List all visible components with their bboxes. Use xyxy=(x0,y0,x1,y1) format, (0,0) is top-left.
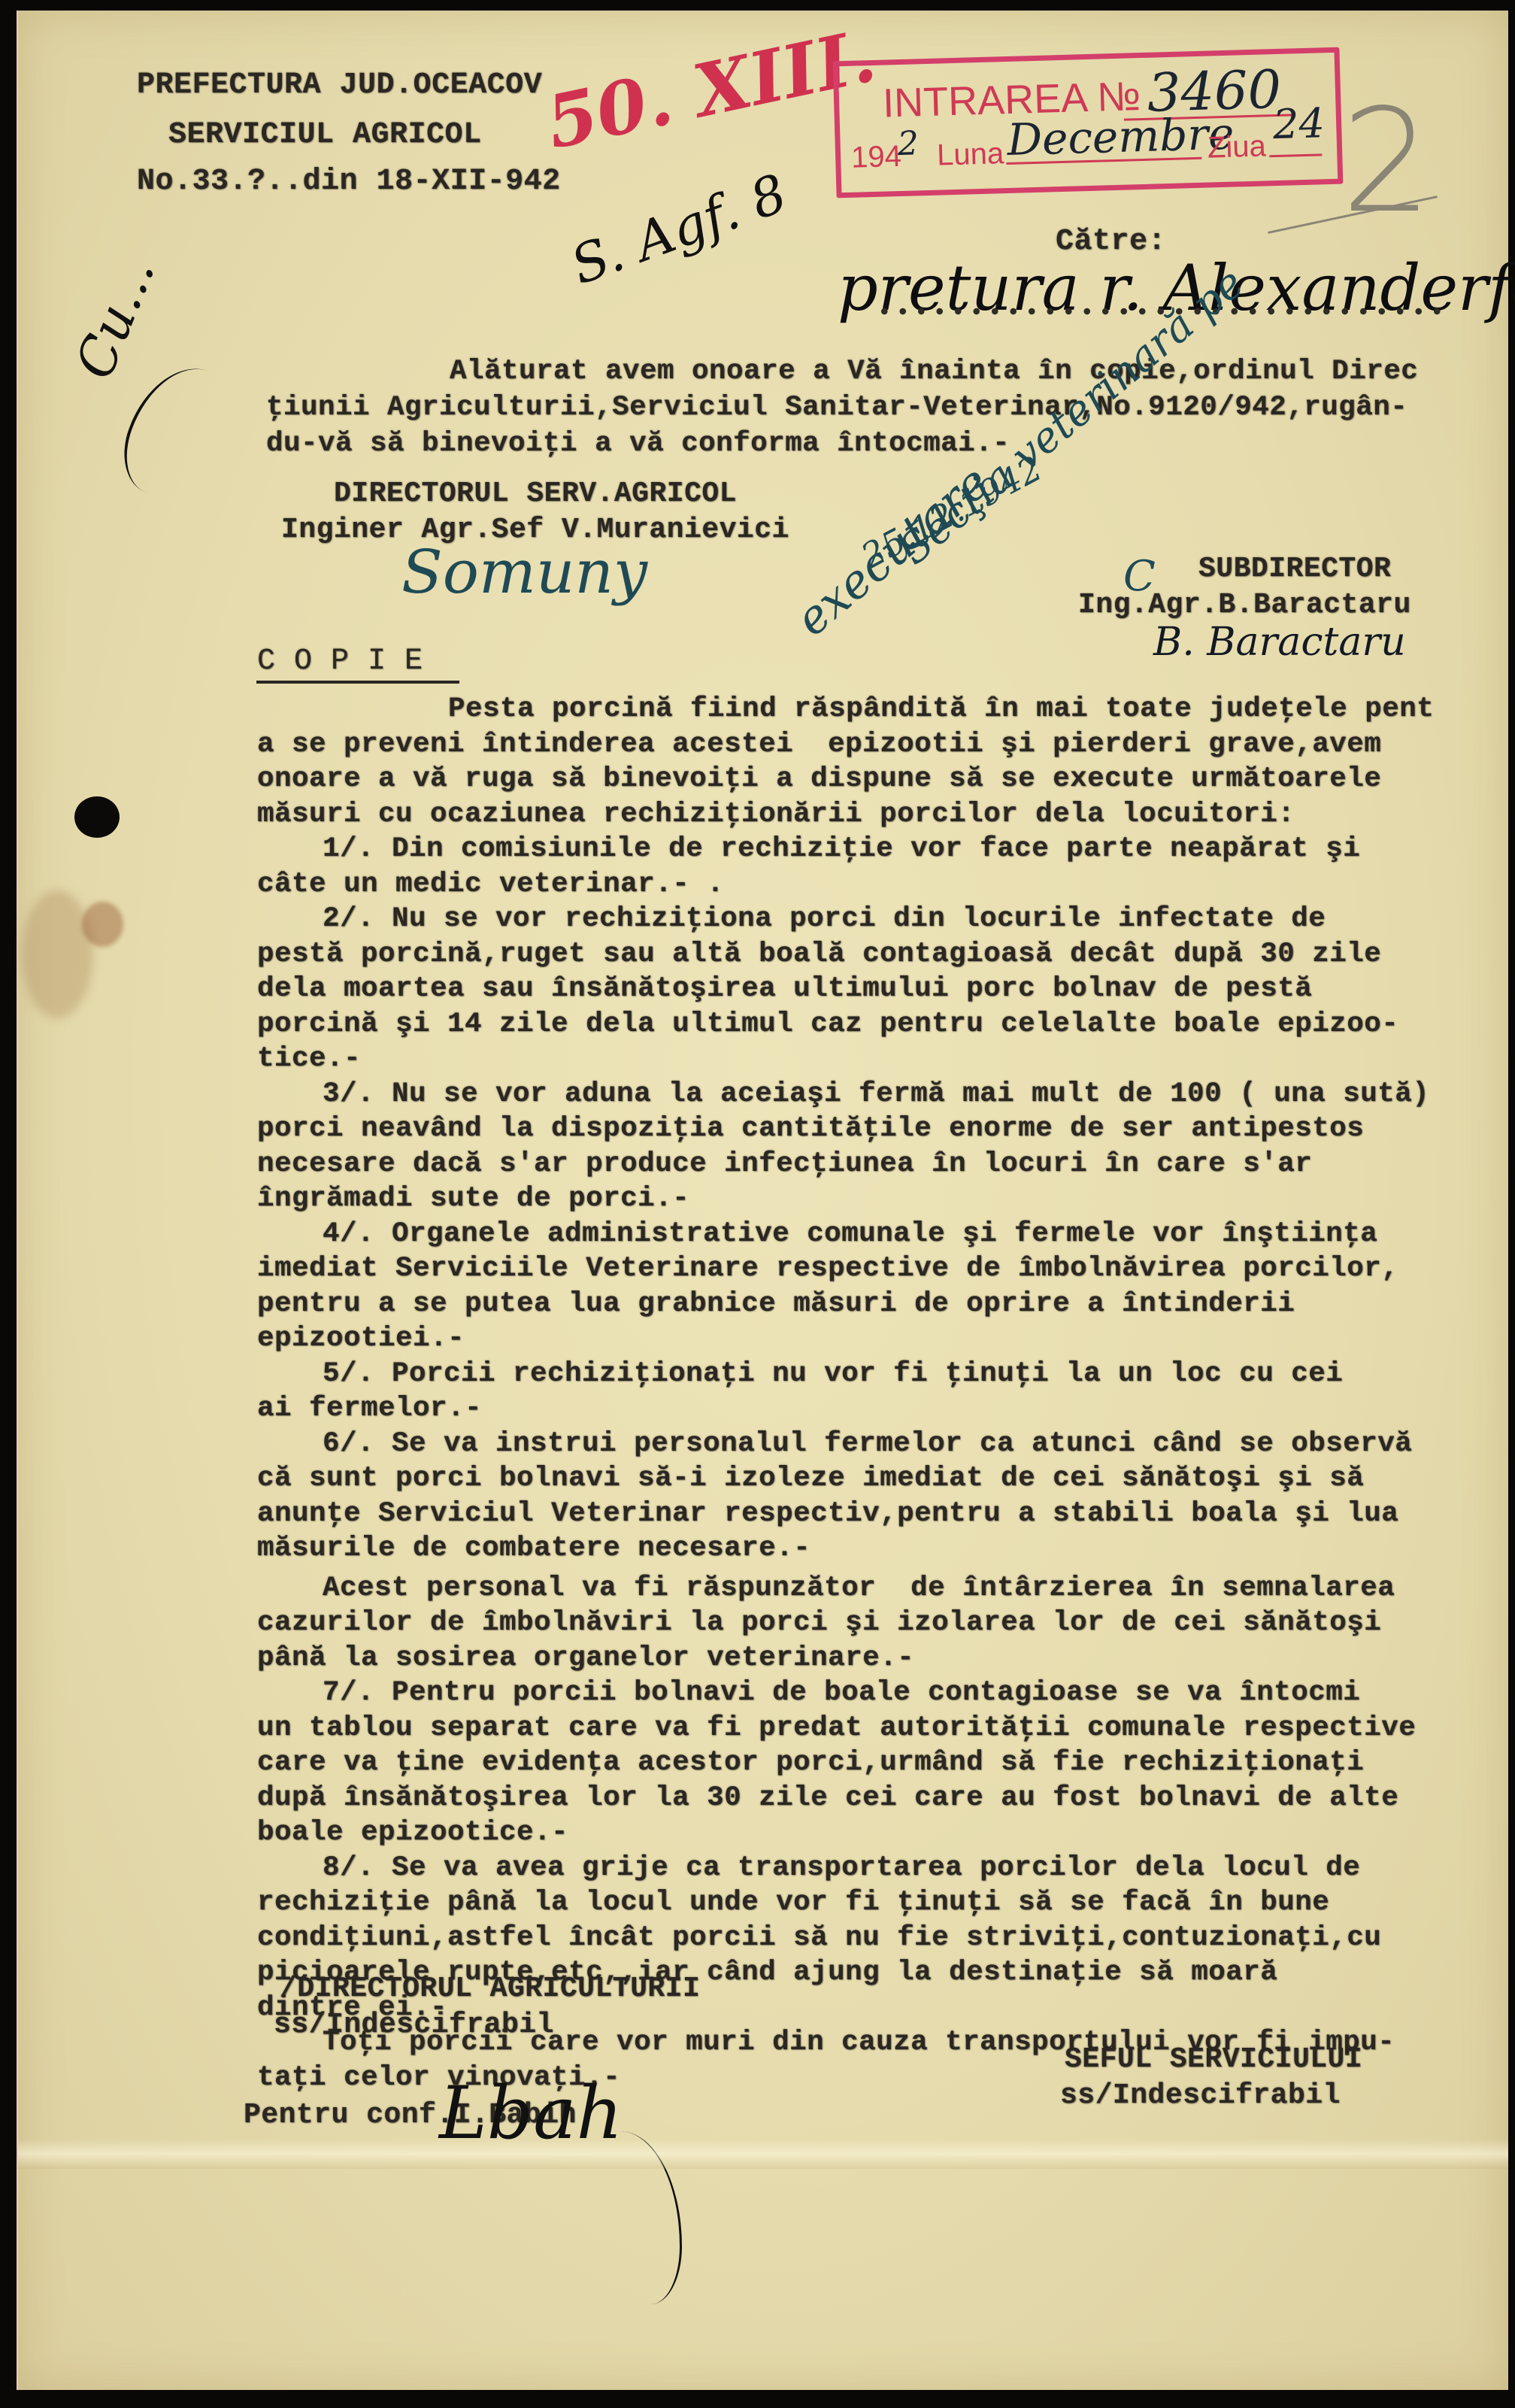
copy-body-line: onoare a vă ruga să binevoiţi a dispune … xyxy=(257,766,1381,794)
copy-body-line: dela moartea sau însănătoşirea ultimului… xyxy=(257,975,1312,1004)
header-service: SERVICIUL AGRICOL xyxy=(168,120,482,150)
closing-head-signature: ss/Indescifrabil xyxy=(1060,2082,1341,2110)
header-prefecture: PREFECTURA JUD.OCEACOV xyxy=(137,71,542,101)
margin-note-top: S. Agf. 8 xyxy=(563,162,795,297)
copy-body-line: epizootiei.- xyxy=(257,1325,465,1354)
stamp-year-prefix: 194 xyxy=(851,140,902,175)
copy-body-line: îngrămadi sute de porci.- xyxy=(257,1185,689,1214)
subdirector-signature: B. Baractaru xyxy=(1153,620,1406,665)
rust-stain xyxy=(82,902,123,947)
copy-body-line: porcină şi 14 zile dela ultimul caz pent… xyxy=(257,1011,1398,1039)
copy-body-line: Pesta porcină fiind răspândită în mai to… xyxy=(448,696,1434,724)
closing-director-signature: ss/Indescifrabil xyxy=(274,2011,554,2040)
ink-stain xyxy=(74,796,120,838)
copy-body-line: 4/. Organele administrative comunale şi … xyxy=(323,1221,1377,1249)
copy-body-line: Acest personal va fi răspunzător de întâ… xyxy=(323,1575,1395,1603)
copy-body-line: 8/. Se va avea grije ca transportarea po… xyxy=(323,1855,1360,1883)
stamp-month-label: Luna xyxy=(937,137,1004,172)
header-number-date: No.33.?..din 18-XII-942 xyxy=(137,167,561,197)
copy-body-line: cazurilor de îmbolnăviri la porci şi izo… xyxy=(257,1609,1381,1638)
director-signature: Somuny xyxy=(401,537,647,607)
stamp-year-digit: 2 xyxy=(897,124,919,163)
subdirector-title: SUBDIRECTOR xyxy=(1198,555,1391,584)
director-title: DIRECTORUL SERV.AGRICOL xyxy=(334,480,737,508)
copy-body-line: 7/. Pentru porcii bolnavi de boale conta… xyxy=(323,1679,1360,1708)
copy-body-line: anunţe Serviciul Veterinar respectiv,pen… xyxy=(257,1500,1398,1529)
water-stain xyxy=(22,890,93,1018)
stamp-day-label: Ziua xyxy=(1207,129,1266,165)
margin-signature-scribble xyxy=(111,352,244,511)
closing-head-title: SEFUL SERVICIULUI xyxy=(1065,2046,1362,2074)
copy-body-line: tice.- xyxy=(257,1045,361,1074)
copy-body-line: 5/. Porcii rechiziţionaţi nu vor fi ţinu… xyxy=(323,1360,1343,1389)
cover-letter-line: Alăturat avem onoare a Vă înainta în cop… xyxy=(450,358,1418,387)
copy-body-line: că sunt porci bolnavi să-i izoleze imedi… xyxy=(257,1465,1364,1494)
copy-body-line: porci neavând la dispoziţia cantităţile … xyxy=(257,1115,1364,1144)
copy-body-line: condiţiuni,astfel încât porcii să nu fie… xyxy=(257,1924,1381,1953)
copy-body-line: pentru a se putea lua grabnice măsuri de… xyxy=(257,1290,1295,1319)
copy-body-line: necesare dacă s'ar produce infecţiunea î… xyxy=(257,1151,1312,1179)
copy-body-line: măsuri cu ocaziunea rechiziţionării porc… xyxy=(257,801,1295,829)
paper-fold xyxy=(18,2139,1508,2169)
margin-note-left: Cu... xyxy=(63,249,167,387)
cover-letter-line: ţiunii Agriculturii,Serviciul Sanitar-Ve… xyxy=(266,394,1407,423)
copy-body-line: pestă porcină,ruget sau altă boală conta… xyxy=(257,941,1381,969)
copy-body-line: până la sosirea organelor veterinare.- xyxy=(257,1645,914,1673)
copy-body-line: 2/. Nu se vor rechiziţiona porci din loc… xyxy=(323,905,1326,934)
copy-body-line: măsurile de combatere necesare.- xyxy=(257,1535,811,1563)
resolution-line-2: executare xyxy=(785,454,999,647)
copy-body-line: ai fermelor.- xyxy=(257,1395,482,1424)
copy-body-line: imediat Serviciile Veterinare respective… xyxy=(257,1255,1398,1284)
copy-body-line: 6/. Se va instrui personalul fermelor ca… xyxy=(323,1430,1412,1459)
subdirector-name: Ing.Agr.B.Baractaru xyxy=(1078,591,1411,620)
copy-body-line: rechiziţie până la locul unde vor fi ţin… xyxy=(257,1889,1329,1918)
copy-body-line: care va ţine evidenţa acestor porci,urmâ… xyxy=(257,1749,1364,1778)
copy-body-line: boale epizootice.- xyxy=(257,1819,568,1848)
stamp-month-value: Decembre xyxy=(1007,108,1235,165)
closing-director-title: /DIRECTORUL AGRICULTURII xyxy=(280,1975,700,2003)
copy-body-line: după însănătoşirea lor la 30 zile cei ca… xyxy=(257,1785,1398,1813)
copy-body-line: a se preveni întinderea acestei epizooti… xyxy=(257,731,1381,760)
document-page: PREFECTURA JUD.OCEACOV SERVICIUL AGRICOL… xyxy=(17,11,1508,2390)
entry-stamp: INTRAREA № 3460 194 2 Luna Decembre Ziua… xyxy=(833,47,1344,199)
copy-body-line: câte un medic veterinar.- . xyxy=(257,871,724,899)
cover-letter-line: du-vă să binevoiţi a vă conforma întocma… xyxy=(266,430,1010,459)
stamp-day-value: 24 xyxy=(1272,99,1325,148)
stamp-day-line xyxy=(1269,153,1322,157)
copy-body-line: 3/. Nu se vor aduna la aceiaşi fermă mai… xyxy=(323,1081,1429,1109)
copy-heading: C O P I E xyxy=(257,647,423,677)
copy-heading-underline xyxy=(256,681,459,684)
copy-body-line: un tablou separat care va fi predat auto… xyxy=(257,1715,1416,1743)
red-registry-annotation: 50. XIII. xyxy=(539,13,883,165)
copy-body-line: 1/. Din comisiunile de rechiziţie vor fa… xyxy=(323,836,1360,864)
pencil-mark: 2 xyxy=(1341,78,1432,244)
